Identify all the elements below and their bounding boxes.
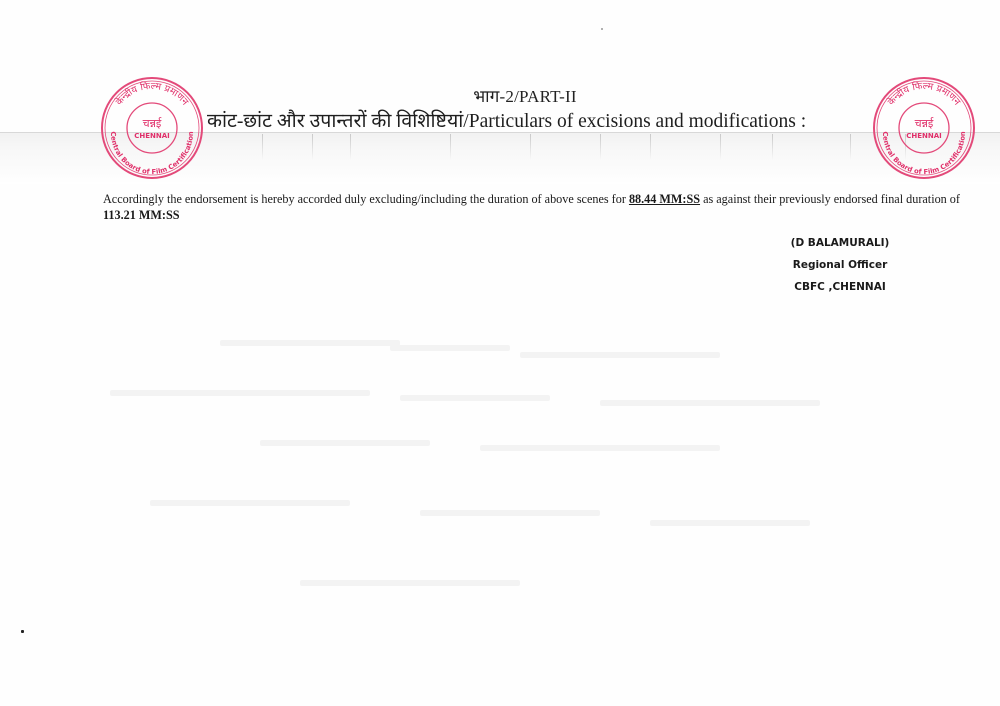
svg-text:CHENNAI: CHENNAI	[906, 132, 942, 140]
show-through-line	[650, 520, 810, 526]
show-through-line	[110, 390, 370, 396]
show-through-line	[520, 352, 720, 358]
show-through-line	[260, 440, 430, 446]
fold-mark	[720, 134, 721, 160]
excised-duration: 88.44 MM:SS	[629, 192, 700, 206]
endorsement-text-2: as against their previously endorsed fin…	[700, 192, 960, 206]
fold-mark	[850, 134, 851, 160]
show-through-line	[300, 580, 520, 586]
fold-mark	[650, 134, 651, 160]
scanned-page: केन्द्रीय फिल्म प्रमाणन Central Board of…	[0, 0, 1000, 706]
officer-office: CBFC ,CHENNAI	[780, 280, 900, 302]
endorsement-paragraph: Accordingly the endorsement is hereby ac…	[103, 191, 983, 223]
svg-text:चन्नई: चन्नई	[143, 117, 163, 130]
show-through-line	[400, 395, 550, 401]
fold-mark	[600, 134, 601, 160]
fold-mark	[262, 134, 263, 160]
show-through-line	[390, 345, 510, 351]
fold-mark	[450, 134, 451, 160]
scan-speck	[601, 28, 603, 30]
show-through-line	[220, 340, 400, 346]
endorsement-text-1: Accordingly the endorsement is hereby ac…	[103, 192, 629, 206]
scan-speck	[21, 630, 24, 633]
svg-text:चन्नई: चन्नई	[915, 117, 935, 130]
fold-mark	[772, 134, 773, 160]
svg-text:CHENNAI: CHENNAI	[134, 132, 170, 140]
fold-mark	[530, 134, 531, 160]
officer-name: (D BALAMURALI)	[780, 236, 900, 258]
signature-block: (D BALAMURALI) Regional Officer CBFC ,CH…	[780, 236, 900, 302]
show-through-line	[600, 400, 820, 406]
show-through-line	[420, 510, 600, 516]
section-title: कांट-छांट और उपान्तरों की विशिष्टियां/Pa…	[207, 106, 806, 133]
officer-designation: Regional Officer	[780, 258, 900, 280]
part-heading: भाग-2/PART-II	[0, 84, 1000, 107]
final-duration: 113.21 MM:SS	[103, 208, 180, 222]
show-through-line	[150, 500, 350, 506]
show-through-line	[480, 445, 720, 451]
fold-mark	[312, 134, 313, 160]
fold-mark	[350, 134, 351, 160]
